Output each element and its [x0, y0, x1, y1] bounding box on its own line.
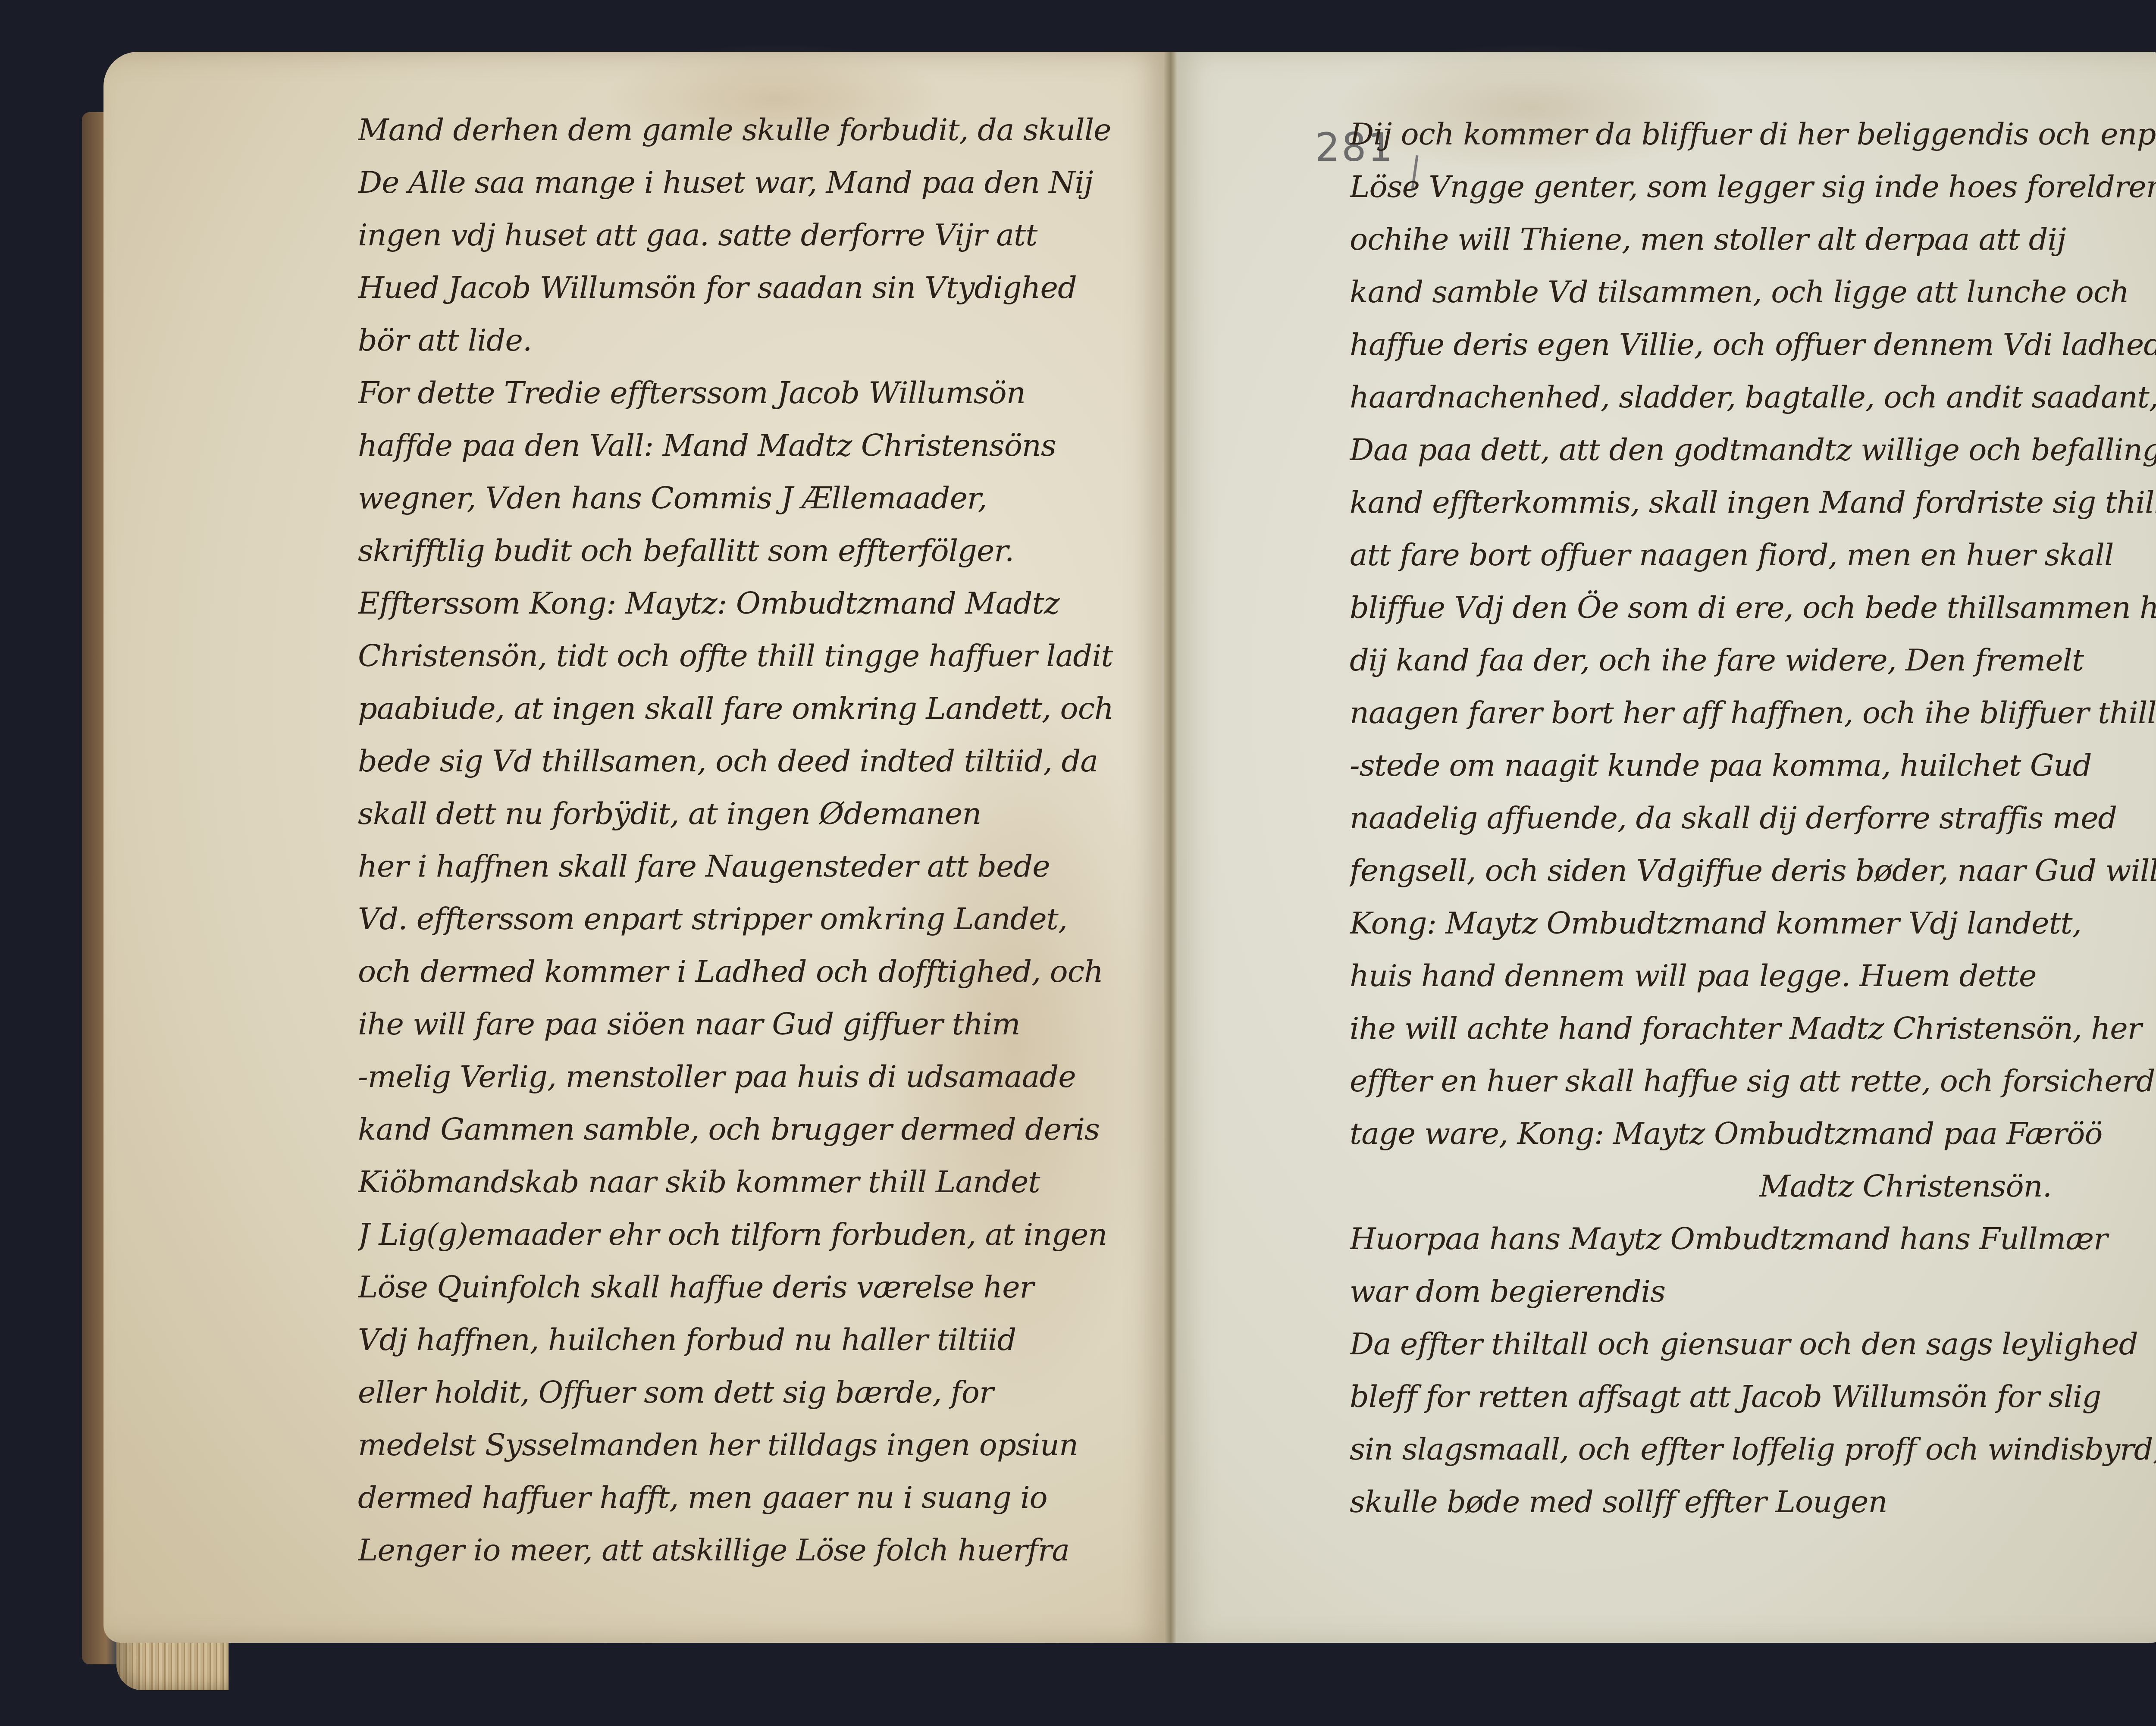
manuscript-line: haffue deris egen Villie, och offuer den…	[1350, 318, 2156, 371]
manuscript-line: och dermed kommer i Ladhed och dofftighe…	[358, 945, 1199, 998]
manuscript-line: ochihe will Thiene, men stoller alt derp…	[1350, 213, 2156, 266]
manuscript-line: Da effter thiltall och giensuar och den …	[1350, 1318, 2156, 1370]
manuscript-line: Hued Jacob Willumsön for saadan sin Vtyd…	[358, 261, 1199, 314]
manuscript-line: haardnachenhed, sladder, bagtalle, och a…	[1350, 371, 2156, 423]
manuscript-line: huis hand dennem will paa legge. Huem de…	[1350, 949, 2156, 1002]
manuscript-line: Madtz Christensön.	[1350, 1160, 2156, 1212]
manuscript-line: eller holdit, Offuer som dett sig bærde,…	[358, 1366, 1199, 1419]
manuscript-line: naagen farer bort her aff haffnen, och i…	[1350, 686, 2156, 739]
manuscript-line: Dij och kommer da bliffuer di her beligg…	[1350, 108, 2156, 160]
right-page-text: Dij och kommer da bliffuer di her beligg…	[1350, 108, 2156, 1528]
manuscript-line: kand Gammen samble, och brugger dermed d…	[358, 1103, 1199, 1156]
left-page-text: Mand derhen dem gamle skulle forbudit, d…	[358, 103, 1199, 1576]
manuscript-line: skall dett nu forbÿdit, at ingen Ødemane…	[358, 787, 1199, 840]
manuscript-line: Vd. effterssom enpart stripper omkring L…	[358, 893, 1199, 945]
manuscript-line: Effterssom Kong: Maytz: Ombudtzmand Madt…	[358, 577, 1199, 630]
manuscript-line: Löse Quinfolch skall haffue deris værels…	[358, 1261, 1199, 1313]
manuscript-line: wegner, Vden hans Commis J Ællemaader,	[358, 472, 1199, 524]
manuscript-line: war dom begierendis	[1350, 1265, 2156, 1318]
manuscript-line: effter en huer skall haffue sig att rett…	[1350, 1055, 2156, 1107]
manuscript-line: Christensön, tidt och offte thill tingge…	[358, 630, 1199, 682]
manuscript-line: ihe will fare paa siöen naar Gud giffuer…	[358, 998, 1199, 1050]
manuscript-line: sin slagsmaall, och effter loffelig prof…	[1350, 1423, 2156, 1475]
manuscript-line: bliffue Vdj den Öe som di ere, och bede …	[1350, 581, 2156, 634]
manuscript-line: paabiude, at ingen skall fare omkring La…	[358, 682, 1199, 735]
manuscript-line: Kiöbmandskab naar skib kommer thill Land…	[358, 1156, 1199, 1208]
manuscript-line: Kong: Maytz Ombudtzmand kommer Vdj lande…	[1350, 897, 2156, 949]
manuscript-line: Huorpaa hans Maytz Ombudtzmand hans Full…	[1350, 1212, 2156, 1265]
manuscript-line: dermed haffuer hafft, men gaaer nu i sua…	[358, 1471, 1199, 1524]
manuscript-line: skrifftlig budit och befallitt som effte…	[358, 524, 1199, 577]
manuscript-line: kand samble Vd tilsammen, och ligge att …	[1350, 266, 2156, 318]
manuscript-line: bör att lide.	[358, 314, 1199, 367]
manuscript-line: J Lig(g)emaader ehr och tilforn forbuden…	[358, 1208, 1199, 1261]
manuscript-line: -stede om naagit kunde paa komma, huilch…	[1350, 739, 2156, 792]
manuscript-line: Daa paa dett, att den godtmandtz willige…	[1350, 423, 2156, 476]
manuscript-line: tage ware, Kong: Maytz Ombudtzmand paa F…	[1350, 1107, 2156, 1160]
manuscript-line: fengsell, och siden Vdgiffue deris bøder…	[1350, 844, 2156, 897]
manuscript-line: -melig Verlig, menstoller paa huis di ud…	[358, 1050, 1199, 1103]
manuscript-line: her i haffnen skall fare Naugensteder at…	[358, 840, 1199, 893]
manuscript-line: haffde paa den Vall: Mand Madtz Christen…	[358, 419, 1199, 472]
manuscript-line: Lenger io meer, att atskillige Löse folc…	[358, 1524, 1199, 1576]
manuscript-line: Mand derhen dem gamle skulle forbudit, d…	[358, 103, 1199, 156]
manuscript-line: naadelig affuende, da skall dij derforre…	[1350, 792, 2156, 844]
manuscript-line: dij kand faa der, och ihe fare widere, D…	[1350, 634, 2156, 686]
manuscript-line: Löse Vngge genter, som legger sig inde h…	[1350, 160, 2156, 213]
manuscript-line: att fare bort offuer naagen fiord, men e…	[1350, 529, 2156, 581]
manuscript-line: ihe will achte hand forachter Madtz Chri…	[1350, 1002, 2156, 1055]
manuscript-line: ingen vdj huset att gaa. satte derforre …	[358, 209, 1199, 261]
manuscript-line: bleff for retten affsagt att Jacob Willu…	[1350, 1370, 2156, 1423]
manuscript-line: skulle bøde med sollff effter Lougen	[1350, 1475, 2156, 1528]
manuscript-line: bede sig Vd thillsamen, och deed indted …	[358, 735, 1199, 787]
manuscript-line: kand effterkommis, skall ingen Mand ford…	[1350, 476, 2156, 529]
manuscript-line: Vdj haffnen, huilchen forbud nu haller t…	[358, 1313, 1199, 1366]
manuscript-line: De Alle saa mange i huset war, Mand paa …	[358, 156, 1199, 209]
manuscript-line: medelst Sysselmanden her tilldags ingen …	[358, 1419, 1199, 1471]
manuscript-line: For dette Tredie effterssom Jacob Willum…	[358, 367, 1199, 419]
